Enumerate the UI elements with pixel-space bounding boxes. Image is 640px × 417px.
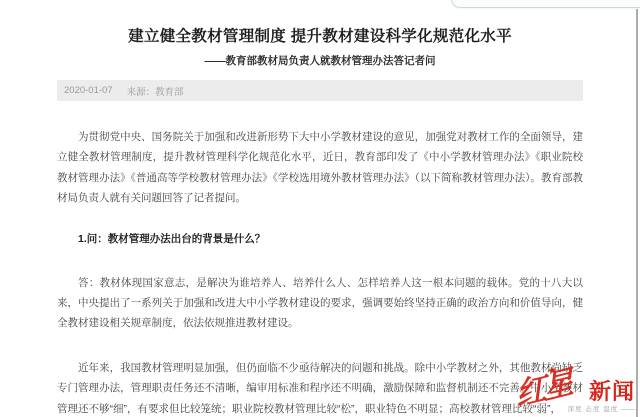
paragraph-answer-1: 答：教材体现国家意志，是解决为谁培养人、培养什么人、怎样培养人这一根本问题的载体… (57, 273, 583, 334)
redstar-logo-text: 新闻 (589, 375, 635, 406)
source: 来源：教育部 (127, 84, 184, 98)
paragraph-issues: 近年来，我国教材管理明显加强，但仍面临不少亟待解决的问题和挑战。除中小学教材之外… (57, 358, 583, 417)
article-title: 建立健全教材管理制度 提升教材建设科学化规范化水平 (57, 28, 583, 46)
article-subtitle: ——教育部教材局负责人就教材管理办法答记者问 (57, 55, 583, 68)
source-label: 来源： (127, 87, 156, 98)
question-1-heading: 1.问：教材管理办法出台的背景是什么？ (57, 232, 583, 246)
source-value: 教育部 (155, 87, 184, 98)
article-body: 为贯彻党中央、国务院关于加强和改进新形势下大中小学教材建设的意见，加强党对教材工… (57, 127, 583, 417)
meta-bar: 2020-01-07 来源：教育部 (57, 80, 583, 101)
article-content: 建立健全教材管理制度 提升教材建设科学化规范化水平 ——教育部教材局负责人就教材… (57, 28, 583, 417)
paragraph-intro: 为贯彻党中央、国务院关于加强和改进新形势下大中小学教材建设的意见，加强党对教材工… (57, 127, 583, 209)
article-page: 建立健全教材管理制度 提升教材建设科学化规范化水平 ——教育部教材局负责人就教材… (0, 0, 640, 417)
publish-date: 2020-01-07 (64, 85, 113, 96)
right-edge-border (636, 9, 638, 417)
top-overlay-card (451, 0, 640, 8)
